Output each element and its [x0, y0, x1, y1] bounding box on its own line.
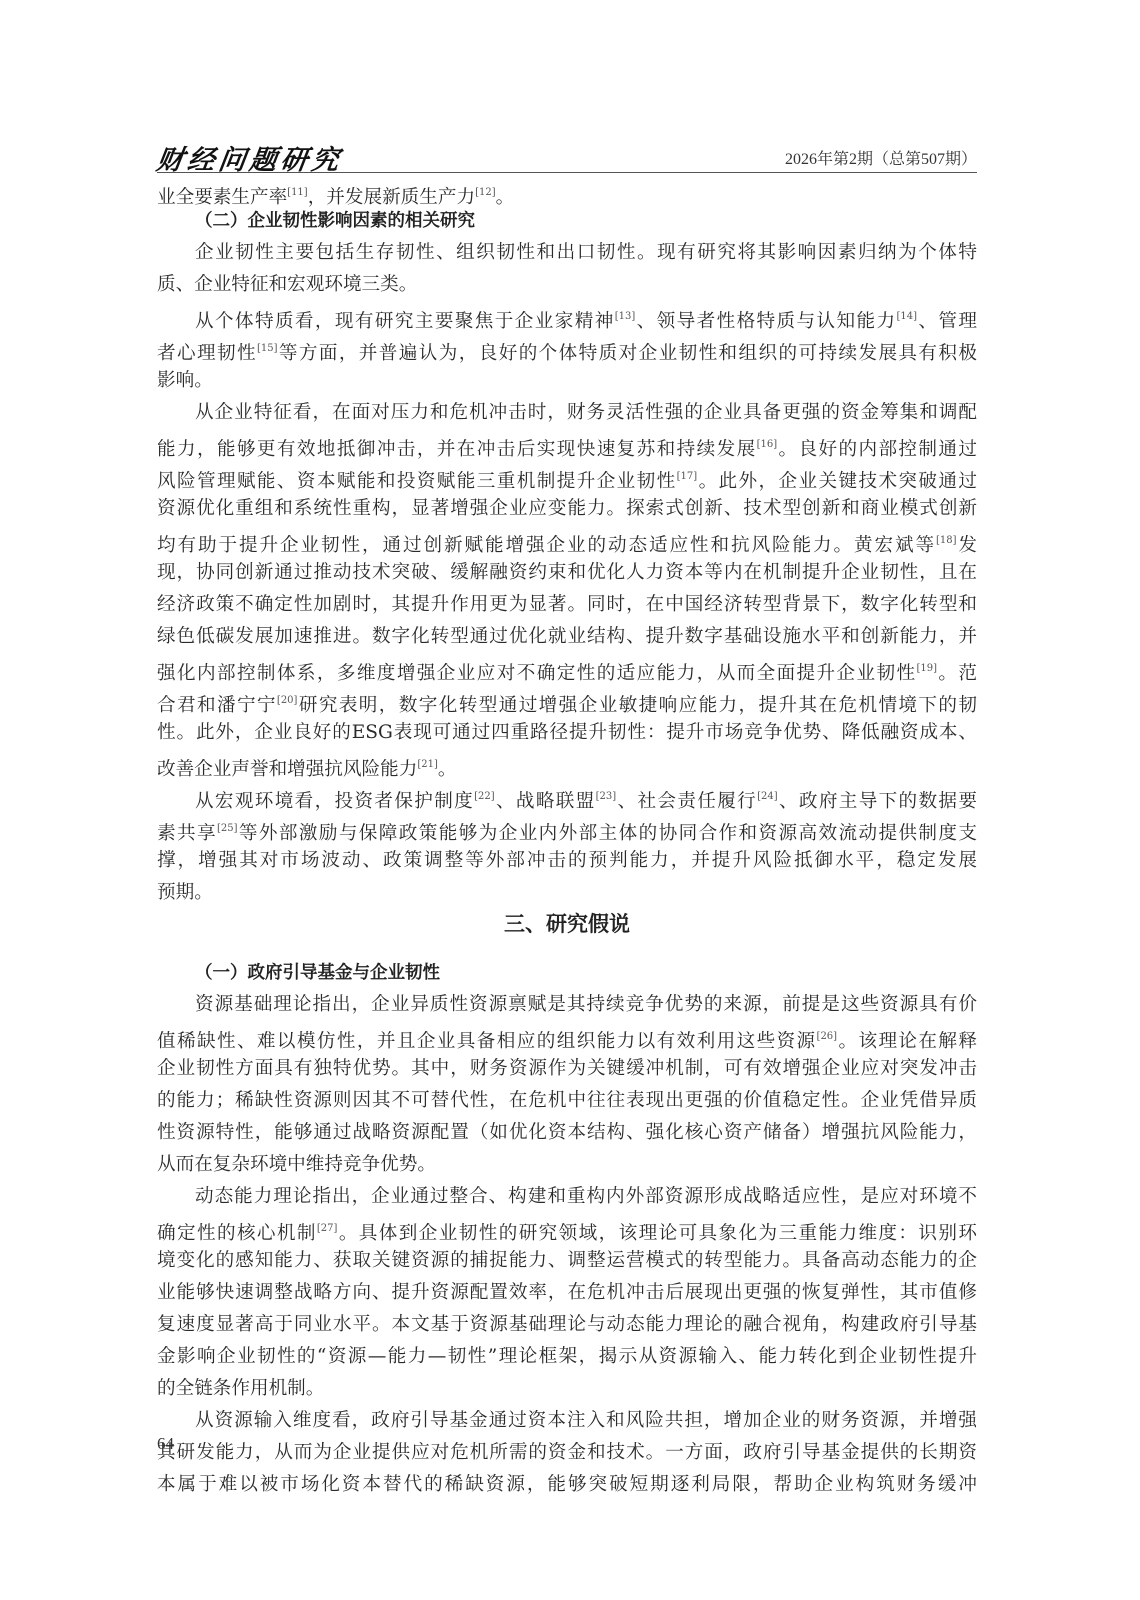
text-line: 质、企业特征和宏观环境三类。: [157, 273, 977, 297]
text-line: 预期。: [157, 881, 977, 905]
text-run: 的全链条作用机制。: [157, 1378, 324, 1399]
text-line: 合君和潘宁宁[20]研究表明，数字化转型通过增强企业敏捷响应能力，提升其在危机情…: [157, 689, 977, 718]
text-run: 发: [956, 535, 977, 556]
text-line: 从宏观环境看，投资者保护制度[22]、战略联盟[23]、社会责任履行[24]、政…: [195, 785, 977, 814]
section-heading: 三、研究假说: [157, 908, 977, 938]
subheading: （一）政府引导基金与企业韧性: [195, 959, 440, 984]
citation-ref: [24]: [757, 791, 778, 802]
text-run: 、社会责任履行: [616, 791, 757, 812]
text-run: 境变化的感知能力、获取关键资源的捕捉能力、调整运营模式的转型能力。具备高动态能力…: [157, 1250, 977, 1271]
text-run: 撑，增强其对市场波动、政策调整等外部冲击的预判能力，并提升风险抵御水平，稳定发展: [157, 850, 977, 871]
text-run: 。此外，企业关键技术突破通过: [697, 471, 977, 492]
text-run: 性。此外，企业良好的ESG表现可通过四重路径提升韧性：提升市场竞争优势、降低融资…: [157, 722, 977, 743]
citation-ref: [12]: [475, 187, 496, 198]
text-run: 从资源输入维度看，政府引导基金通过资本注入和风险共担，增加企业的财务资源，并增强: [195, 1410, 977, 1431]
text-line: 均有助于提升企业韧性，通过创新赋能增强企业的动态适应性和抗风险能力。黄宏斌等[1…: [157, 529, 977, 558]
citation-ref: [17]: [677, 471, 698, 482]
text-run: 。: [496, 187, 515, 208]
subheading: （二）企业韧性影响因素的相关研究: [195, 207, 475, 232]
text-run: 预期。: [157, 882, 213, 903]
text-run: 从企业特征看，在面对压力和危机冲击时，财务灵活性强的企业具备更强的资金筹集和调配: [195, 402, 977, 423]
citation-ref: [19]: [916, 663, 937, 674]
text-line: 经济政策不确定性加剧时，其提升作用更为显著。同时，在中国经济转型背景下，数字化转…: [157, 593, 977, 617]
text-line: 风险管理赋能、资本赋能和投资赋能三重机制提升企业韧性[17]。此外，企业关键技术…: [157, 465, 977, 494]
text-line: 从个体特质看，现有研究主要聚焦于企业家精神[13]、领导者性格特质与认知能力[1…: [195, 305, 977, 334]
text-run: 质、企业特征和宏观环境三类。: [157, 274, 417, 295]
text-line: 性资源特性，能够通过战略资源配置（如优化资本结构、强化核心资产储备）增强抗风险能…: [157, 1121, 977, 1145]
text-run: 。该理论在解释: [837, 1031, 977, 1052]
citation-ref: [27]: [317, 1223, 338, 1234]
citation-ref: [18]: [936, 535, 957, 546]
text-line: 现，协同创新通过推动技术突破、缓解融资约束和优化人力资本等内在机制提升企业韧性，…: [157, 561, 977, 585]
text-run: 。具体到企业韧性的研究领域，该理论可具象化为三重能力维度：识别环: [337, 1223, 977, 1244]
text-run: 等方面，并普遍认为，良好的个体特质对企业韧性和组织的可持续发展具有积极: [277, 343, 977, 364]
text-line: 境变化的感知能力、获取关键资源的捕捉能力、调整运营模式的转型能力。具备高动态能力…: [157, 1249, 977, 1273]
text-run: 的能力；稀缺性资源则因其不可替代性，在危机中往往表现出更强的价值稳定性。企业凭借…: [157, 1090, 977, 1111]
text-line: 企业韧性方面具有独特优势。其中，财务资源作为关键缓冲机制，可有效增强企业应对突发…: [157, 1057, 977, 1081]
text-run: 均有助于提升企业韧性，通过创新赋能增强企业的动态适应性和抗风险能力。黄宏斌等: [157, 535, 936, 556]
text-run: 合君和潘宁宁: [157, 695, 277, 716]
text-run: 、领导者性格特质与认知能力: [635, 311, 896, 332]
text-line: 的全链条作用机制。: [157, 1377, 977, 1401]
text-run: 改善企业声誉和增强抗风险能力: [157, 759, 417, 780]
text-line: 改善企业声誉和增强抗风险能力[21]。: [157, 753, 977, 782]
text-run: 资源优化重组和系统性重构，显著增强企业应变能力。探索式创新、技术型创新和商业模式…: [157, 498, 977, 519]
citation-ref: [15]: [257, 343, 278, 354]
text-line: 的能力；稀缺性资源则因其不可替代性，在危机中往往表现出更强的价值稳定性。企业凭借…: [157, 1089, 977, 1113]
citation-ref: [11]: [287, 187, 308, 198]
text-run: 风险管理赋能、资本赋能和投资赋能三重机制提升企业韧性: [157, 471, 677, 492]
text-run: 企业韧性方面具有独特优势。其中，财务资源作为关键缓冲机制，可有效增强企业应对突发…: [157, 1058, 977, 1079]
text-run: 金影响企业韧性的“资源—能力—韧性”理论框架，揭示从资源输入、能力转化到企业韧性…: [157, 1346, 977, 1367]
text-run: 值稀缺性、难以模仿性，并且企业具备相应的组织能力以有效利用这些资源: [157, 1031, 817, 1052]
text-run: 本属于难以被市场化资本替代的稀缺资源，能够突破短期逐利局限，帮助企业构筑财务缓冲: [157, 1474, 977, 1495]
text-line: 者心理韧性[15]等方面，并普遍认为，良好的个体特质对企业韧性和组织的可持续发展…: [157, 337, 977, 366]
citation-ref: [23]: [596, 791, 617, 802]
text-run: 者心理韧性: [157, 343, 257, 364]
text-line: 企业韧性主要包括生存韧性、组织韧性和出口韧性。现有研究将其影响因素归纳为个体特: [195, 241, 977, 265]
text-run: 、战略联盟: [495, 791, 596, 812]
text-line: 能力，能够更有效地抵御冲击，并在冲击后实现快速复苏和持续发展[16]。良好的内部…: [157, 433, 977, 462]
text-run: 影响。: [157, 370, 213, 391]
text-line: 值稀缺性、难以模仿性，并且企业具备相应的组织能力以有效利用这些资源[26]。该理…: [157, 1025, 977, 1054]
page-header: 财经问题研究 2026年第2期（总第507期）: [157, 138, 977, 172]
page-number: 64: [157, 1434, 174, 1454]
text-line: 复速度显著高于同业水平。本文基于资源基础理论与动态能力理论的融合视角，构建政府引…: [157, 1313, 977, 1337]
citation-ref: [22]: [474, 791, 495, 802]
text-line: 金影响企业韧性的“资源—能力—韧性”理论框架，揭示从资源输入、能力转化到企业韧性…: [157, 1345, 977, 1369]
text-line: 绿色低碳发展加速推进。数字化转型通过优化就业结构、提升数字基础设施水平和创新能力…: [157, 625, 977, 649]
citation-ref: [16]: [757, 439, 778, 450]
text-line: 影响。: [157, 369, 977, 393]
text-run: 、管理: [917, 311, 977, 332]
text-run: 能力，能够更有效地抵御冲击，并在冲击后实现快速复苏和持续发展: [157, 439, 757, 460]
text-line: 业能够快速调整战略方向、提升资源配置效率，在危机冲击后展现出更强的恢复弹性，其市…: [157, 1281, 977, 1305]
text-run: 确定性的核心机制: [157, 1223, 317, 1244]
text-line: 业全要素生产率[11]，并发展新质生产力[12]。: [157, 181, 977, 210]
citation-ref: [26]: [817, 1031, 838, 1042]
text-line: 其研发能力，从而为企业提供应对危机所需的资金和技术。一方面，政府引导基金提供的长…: [157, 1441, 977, 1465]
citation-ref: [21]: [417, 759, 438, 770]
text-run: 、政府主导下的数据要: [778, 791, 977, 812]
text-line: 动态能力理论指出，企业通过整合、构建和重构内外部资源形成战略适应性，是应对环境不: [195, 1185, 977, 1209]
text-run: 复速度显著高于同业水平。本文基于资源基础理论与动态能力理论的融合视角，构建政府引…: [157, 1314, 977, 1335]
text-run: 。: [438, 759, 457, 780]
text-line: 强化内部控制体系，多维度增强企业应对不确定性的适应能力，从而全面提升企业韧性[1…: [157, 657, 977, 686]
text-run: 现，协同创新通过推动技术突破、缓解融资约束和优化人力资本等内在机制提升企业韧性，…: [157, 562, 977, 583]
text-run: 企业韧性主要包括生存韧性、组织韧性和出口韧性。现有研究将其影响因素归纳为个体特: [195, 242, 977, 263]
text-run: 研究表明，数字化转型通过增强企业敏捷响应能力，提升其在危机情境下的韧: [297, 695, 977, 716]
text-run: 从而在复杂环境中维持竞争优势。: [157, 1154, 436, 1175]
text-line: 从而在复杂环境中维持竞争优势。: [157, 1153, 977, 1177]
text-line: 撑，增强其对市场波动、政策调整等外部冲击的预判能力，并提升风险抵御水平，稳定发展: [157, 849, 977, 873]
text-run: 。范: [937, 663, 977, 684]
text-run: 从宏观环境看，投资者保护制度: [195, 791, 474, 812]
issue-info: 2026年第2期（总第507期）: [785, 146, 977, 169]
text-run: 素共享: [157, 823, 217, 844]
text-run: 经济政策不确定性加剧时，其提升作用更为显著。同时，在中国经济转型背景下，数字化转…: [157, 594, 977, 615]
header-rule: [157, 172, 977, 173]
text-run: 性资源特性，能够通过战略资源配置（如优化资本结构、强化核心资产储备）增强抗风险能…: [157, 1122, 977, 1143]
text-run: 业能够快速调整战略方向、提升资源配置效率，在危机冲击后展现出更强的恢复弹性，其市…: [157, 1282, 977, 1303]
citation-ref: [20]: [277, 695, 298, 706]
text-line: 性。此外，企业良好的ESG表现可通过四重路径提升韧性：提升市场竞争优势、降低融资…: [157, 721, 977, 745]
text-run: 动态能力理论指出，企业通过整合、构建和重构内外部资源形成战略适应性，是应对环境不: [195, 1186, 977, 1207]
text-line: 从资源输入维度看，政府引导基金通过资本注入和风险共担，增加企业的财务资源，并增强: [195, 1409, 977, 1433]
text-run: 其研发能力，从而为企业提供应对危机所需的资金和技术。一方面，政府引导基金提供的长…: [157, 1442, 977, 1463]
text-run: 绿色低碳发展加速推进。数字化转型通过优化就业结构、提升数字基础设施水平和创新能力…: [157, 626, 977, 647]
text-run: 资源基础理论指出，企业异质性资源禀赋是其持续竞争优势的来源，前提是这些资源具有价: [195, 994, 977, 1015]
text-line: 本属于难以被市场化资本替代的稀缺资源，能够突破短期逐利局限，帮助企业构筑财务缓冲: [157, 1473, 977, 1497]
text-run: 业全要素生产率: [157, 187, 287, 208]
text-run: 强化内部控制体系，多维度增强企业应对不确定性的适应能力，从而全面提升企业韧性: [157, 663, 916, 684]
text-run: 。良好的内部控制通过: [777, 439, 977, 460]
text-line: 资源优化重组和系统性重构，显著增强企业应变能力。探索式创新、技术型创新和商业模式…: [157, 497, 977, 521]
text-run: 等外部激励与保障政策能够为企业内外部主体的协同合作和资源高效流动提供制度支: [238, 823, 977, 844]
text-line: 资源基础理论指出，企业异质性资源禀赋是其持续竞争优势的来源，前提是这些资源具有价: [195, 993, 977, 1017]
text-line: 素共享[25]等外部激励与保障政策能够为企业内外部主体的协同合作和资源高效流动提…: [157, 817, 977, 846]
text-line: 确定性的核心机制[27]。具体到企业韧性的研究领域，该理论可具象化为三重能力维度…: [157, 1217, 977, 1246]
citation-ref: [13]: [615, 311, 636, 322]
citation-ref: [14]: [896, 311, 917, 322]
text-run: 从个体特质看，现有研究主要聚焦于企业家精神: [195, 311, 615, 332]
citation-ref: [25]: [217, 823, 238, 834]
text-line: 从企业特征看，在面对压力和危机冲击时，财务灵活性强的企业具备更强的资金筹集和调配: [195, 401, 977, 425]
text-run: ，并发展新质生产力: [308, 187, 475, 208]
